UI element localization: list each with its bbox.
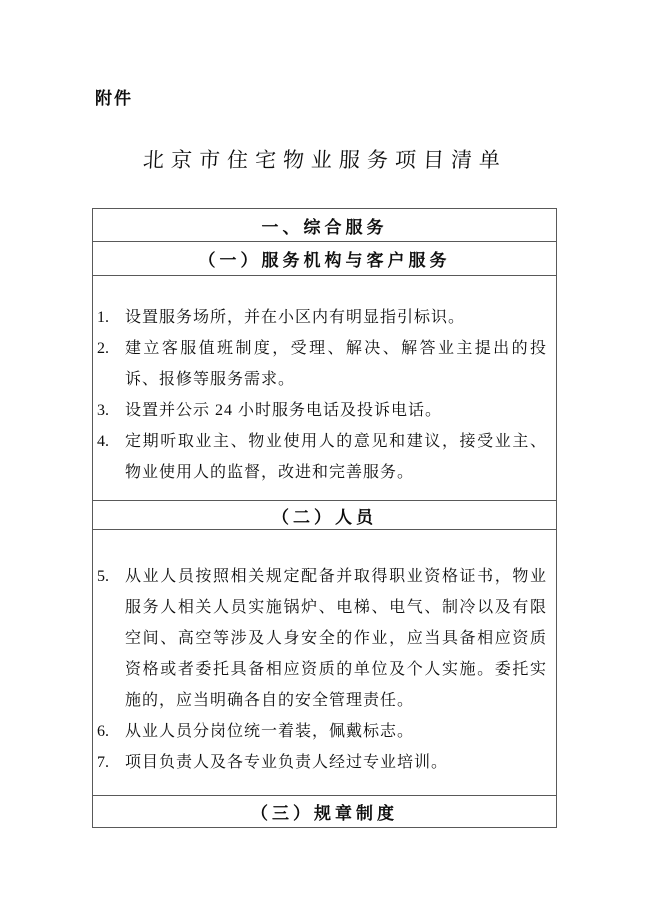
item-number: 1. xyxy=(97,302,125,333)
document-page: 附件 北京市住宅物业服务项目清单 一、综合服务 （一）服务机构与客户服务 1. … xyxy=(0,0,650,919)
item-text: 从业人员按照相关规定配备并取得职业资格证书，物业服务人相关人员实施锅炉、电梯、电… xyxy=(125,561,547,716)
item-number: 4. xyxy=(97,426,125,457)
subsection-header-service-org-customer-service: （一）服务机构与客户服务 xyxy=(93,242,556,276)
list-item-4: 4. 定期听取业主、物业使用人的意见和建议，接受业主、物业使用人的监督，改进和完… xyxy=(97,426,547,488)
attachment-label: 附件 xyxy=(95,84,133,109)
service-items-table: 一、综合服务 （一）服务机构与客户服务 1. 设置服务场所，并在小区内有明显指引… xyxy=(92,208,557,828)
item-text: 设置并公示 24 小时服务电话及投诉电话。 xyxy=(125,395,547,426)
list-item-5: 5. 从业人员按照相关规定配备并取得职业资格证书，物业服务人相关人员实施锅炉、电… xyxy=(97,561,547,716)
item-text: 设置服务场所，并在小区内有明显指引标识。 xyxy=(125,302,547,333)
items-group-service-org: 1. 设置服务场所，并在小区内有明显指引标识。 2. 建立客服值班制度，受理、解… xyxy=(93,276,556,501)
list-item-7: 7. 项目负责人及各专业负责人经过专业培训。 xyxy=(97,747,547,778)
item-number: 3. xyxy=(97,395,125,426)
item-number: 6. xyxy=(97,716,125,747)
items-group-personnel: 5. 从业人员按照相关规定配备并取得职业资格证书，物业服务人相关人员实施锅炉、电… xyxy=(93,530,556,796)
section-header-comprehensive-services: 一、综合服务 xyxy=(93,209,556,242)
item-text: 定期听取业主、物业使用人的意见和建议，接受业主、物业使用人的监督，改进和完善服务… xyxy=(125,426,547,488)
list-item-6: 6. 从业人员分岗位统一着装，佩戴标志。 xyxy=(97,716,547,747)
item-text: 建立客服值班制度，受理、解决、解答业主提出的投诉、报修等服务需求。 xyxy=(125,333,547,395)
list-item-3: 3. 设置并公示 24 小时服务电话及投诉电话。 xyxy=(97,395,547,426)
subsection-header-rules-regulations: （三）规章制度 xyxy=(93,796,556,827)
list-item-1: 1. 设置服务场所，并在小区内有明显指引标识。 xyxy=(97,302,547,333)
item-number: 2. xyxy=(97,333,125,364)
subsection-header-personnel: （二）人员 xyxy=(93,501,556,530)
item-number: 5. xyxy=(97,561,125,592)
item-number: 7. xyxy=(97,747,125,778)
document-title: 北京市住宅物业服务项目清单 xyxy=(0,144,650,174)
list-item-2: 2. 建立客服值班制度，受理、解决、解答业主提出的投诉、报修等服务需求。 xyxy=(97,333,547,395)
item-text: 从业人员分岗位统一着装，佩戴标志。 xyxy=(125,716,547,747)
item-text: 项目负责人及各专业负责人经过专业培训。 xyxy=(125,747,547,778)
